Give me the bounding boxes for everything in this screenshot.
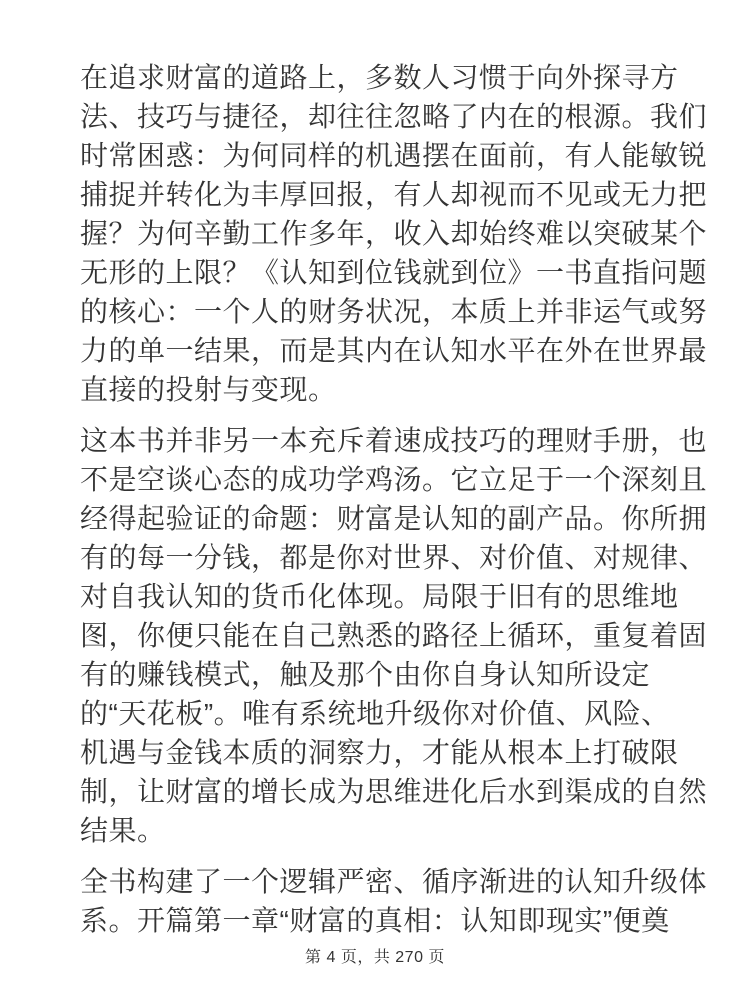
text-line: 制，让财富的增长成为思维进化后水到渠成的自然 bbox=[80, 772, 680, 811]
text-line: 捕捉并转化为丰厚回报，有人却视而不见或无力把 bbox=[80, 175, 680, 214]
text-line: 的“天花板”。唯有系统地升级你对价值、风险、 bbox=[80, 694, 680, 733]
paragraph-2: 这本书并非另一本充斥着速成技巧的理财手册，也不是空谈心态的成功学鸡汤。它立足于一… bbox=[80, 421, 680, 850]
text-line: 这本书并非另一本充斥着速成技巧的理财手册，也 bbox=[80, 421, 680, 460]
text-line: 法、技巧与捷径，却往往忽略了内在的根源。我们 bbox=[80, 97, 680, 136]
text-line: 时常困惑：为何同样的机遇摆在面前，有人能敏锐 bbox=[80, 136, 680, 175]
text-line: 握？为何辛勤工作多年，收入却始终难以突破某个 bbox=[80, 214, 680, 253]
text-line: 系。开篇第一章“财富的真相：认知即现实”便奠 bbox=[80, 901, 680, 940]
paragraph-3: 全书构建了一个逻辑严密、循序渐进的认知升级体系。开篇第一章“财富的真相：认知即现… bbox=[80, 862, 680, 940]
page-number-label: 第 4 页，共 270 页 bbox=[305, 949, 445, 966]
text-line: 结果。 bbox=[80, 811, 680, 850]
text-line: 有的赚钱模式，触及那个由你自身认知所设定 bbox=[80, 655, 680, 694]
text-line: 有的每一分钱，都是你对世界、对价值、对规律、 bbox=[80, 538, 680, 577]
text-line: 在追求财富的道路上，多数人习惯于向外探寻方 bbox=[80, 58, 680, 97]
text-line: 对自我认知的货币化体现。局限于旧有的思维地 bbox=[80, 577, 680, 616]
text-line: 力的单一结果，而是其内在认知水平在外在世界最 bbox=[80, 331, 680, 370]
text-line: 的核心：一个人的财务状况，本质上并非运气或努 bbox=[80, 292, 680, 331]
page-footer: 第 4 页，共 270 页 bbox=[0, 944, 750, 967]
text-line: 经得起验证的命题：财富是认知的副产品。你所拥 bbox=[80, 499, 680, 538]
text-line: 全书构建了一个逻辑严密、循序渐进的认知升级体 bbox=[80, 862, 680, 901]
paragraph-1: 在追求财富的道路上，多数人习惯于向外探寻方法、技巧与捷径，却往往忽略了内在的根源… bbox=[80, 58, 680, 409]
text-line: 直接的投射与变现。 bbox=[80, 370, 680, 409]
text-line: 图，你便只能在自己熟悉的路径上循环，重复着固 bbox=[80, 616, 680, 655]
text-line: 不是空谈心态的成功学鸡汤。它立足于一个深刻且 bbox=[80, 460, 680, 499]
text-line: 机遇与金钱本质的洞察力，才能从根本上打破限 bbox=[80, 733, 680, 772]
document-page: 在追求财富的道路上，多数人习惯于向外探寻方法、技巧与捷径，却往往忽略了内在的根源… bbox=[0, 0, 750, 1000]
document-body: 在追求财富的道路上，多数人习惯于向外探寻方法、技巧与捷径，却往往忽略了内在的根源… bbox=[80, 58, 680, 952]
text-line: 无形的上限？《认知到位钱就到位》一书直指问题 bbox=[80, 253, 680, 292]
